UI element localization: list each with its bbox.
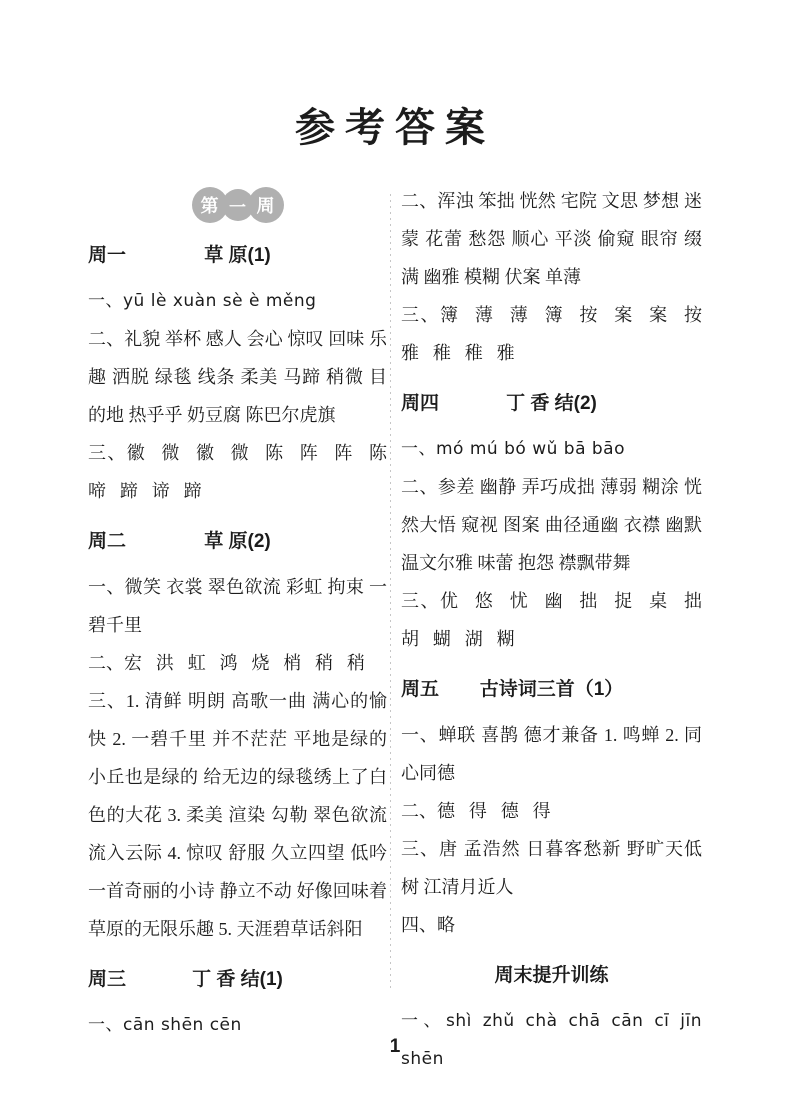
answer-paragraph: 三、唐 孟浩然 日暮客愁新 野旷天低树 江清月近人 [401, 830, 702, 906]
section-title: 丁 香 结(1) [192, 969, 283, 990]
answer-paragraph: 三、簿 薄 薄 簿 按 案 案 按 雅 稚 稚 雅 [401, 296, 702, 372]
answer-paragraph: 二、浑浊 笨拙 恍然 宅院 文思 梦想 迷蒙 花蕾 愁怨 顺心 平淡 偷窥 眼帘… [401, 182, 702, 296]
section-title: 周末提升训练 [494, 965, 608, 986]
section-title: 草 原(1) [204, 245, 271, 266]
answer-paragraph: 一、蝉联 喜鹊 德才兼备 1. 鸣蝉 2. 同心同德 [401, 716, 702, 792]
answer-paragraph: 四、略 [401, 906, 702, 944]
section-heading: 周一 草 原(1) [88, 241, 387, 271]
page-title: 参考答案 [0, 0, 790, 152]
answer-paragraph: 三、优 悠 忧 幽 拙 捉 桌 拙 胡 蝴 湖 糊 [401, 582, 702, 658]
weekend-heading: 周末提升训练 [401, 961, 702, 991]
answer-paragraph: 一、yū lè xuàn sè è měng [88, 282, 387, 320]
page-number: 1 [0, 1036, 790, 1058]
week-badge: 第 一 周 [88, 186, 387, 224]
section-title: 草 原(2) [204, 531, 271, 552]
badge-circle: 一 [222, 189, 254, 221]
section-heading: 周五 古诗词三首（1） [401, 675, 702, 705]
section-title: 古诗词三首（1） [480, 679, 624, 700]
section-heading: 周三 丁 香 结(1) [88, 965, 387, 995]
answer-paragraph: 一、mó mú bó wǔ bā bāo [401, 430, 702, 468]
section-heading: 周二 草 原(2) [88, 527, 387, 557]
day-label: 周四 [401, 389, 439, 419]
day-label: 周三 [88, 965, 126, 995]
content-area: 第 一 周 周一 草 原(1) 一、yū lè xuàn sè è měng 二… [0, 182, 790, 1078]
answer-paragraph: 二、礼貌 举杯 感人 会心 惊叹 回味 乐趣 洒脱 绿毯 线条 柔美 马蹄 稍微… [88, 320, 387, 434]
left-column: 第 一 周 周一 草 原(1) 一、yū lè xuàn sè è měng 二… [88, 182, 387, 1078]
answer-paragraph: 三、徽 微 徽 微 陈 阵 阵 陈 啼 蹄 谛 蹄 [88, 434, 387, 510]
column-divider [390, 194, 391, 992]
answer-paragraph: 二、参差 幽静 弄巧成拙 薄弱 糊涂 恍然大悟 窥视 图案 曲径通幽 衣襟 幽默… [401, 468, 702, 582]
day-label: 周五 [401, 675, 439, 705]
answer-paragraph: 一、微笑 衣裳 翠色欲流 彩虹 拘束 一碧千里 [88, 568, 387, 644]
section-title: 丁 香 结(2) [506, 393, 597, 414]
right-column: 二、浑浊 笨拙 恍然 宅院 文思 梦想 迷蒙 花蕾 愁怨 顺心 平淡 偷窥 眼帘… [401, 182, 702, 1078]
section-heading: 周四 丁 香 结(2) [401, 389, 702, 419]
day-label: 周一 [88, 241, 126, 271]
answer-paragraph: 三、1. 清鲜 明朗 高歌一曲 满心的愉快 2. 一碧千里 并不茫茫 平地是绿的… [88, 682, 387, 948]
day-label: 周二 [88, 527, 126, 557]
answer-paragraph: 二、德 得 德 得 [401, 792, 702, 830]
answer-paragraph: 二、宏 洪 虹 鸿 烧 梢 稍 稍 [88, 644, 387, 682]
